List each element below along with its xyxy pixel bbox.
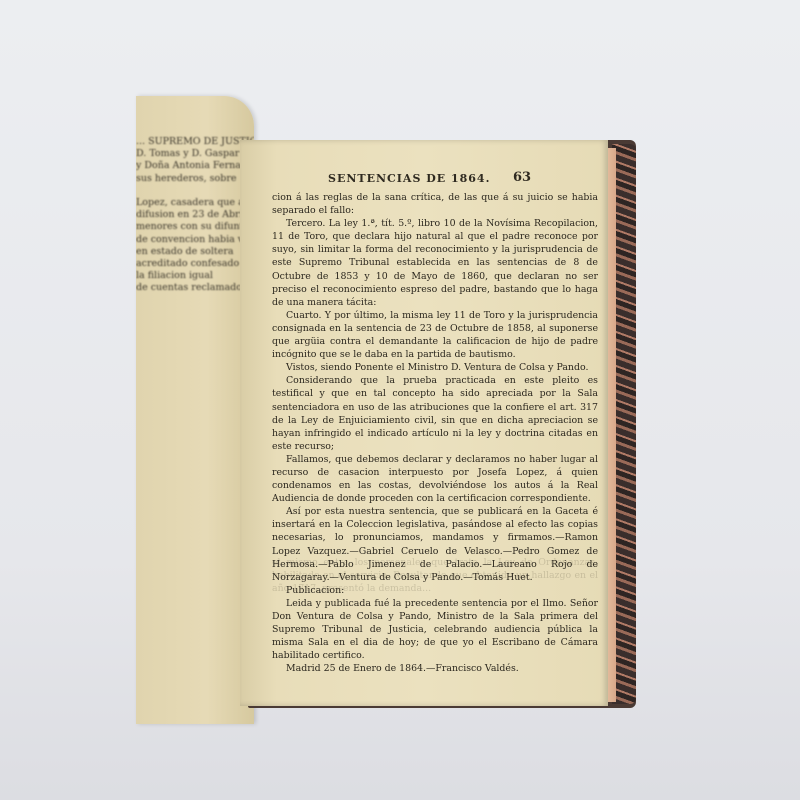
left-line: D. Tomas y D. Gaspar Muñoz [136,148,254,160]
left-line: de convencion habia vivido [136,234,254,246]
page-header: SENTENCIAS DE 1864. 63 [258,172,598,186]
show-through-text: el mismo entre los personales que trata … [272,556,598,595]
paragraph: Leida y publicada fué la precedente sent… [272,597,598,662]
left-line [136,185,254,197]
left-line: de cuentas reclamado [136,282,254,294]
left-line: menores con su difunto [136,221,254,233]
left-line: Lopez, casadera que acredita [136,197,254,209]
left-running-head: ... SUPREMO DE JUSTICIA [136,136,254,148]
left-page: ... SUPREMO DE JUSTICIA D. Tomas y D. Ga… [136,96,254,724]
paragraph: Considerando que la prueba practicada en… [272,374,598,453]
left-page-text: ... SUPREMO DE JUSTICIA D. Tomas y D. Ga… [136,136,254,295]
paragraph: Cuarto. Y por último, la misma ley 11 de… [272,309,598,361]
left-line: sus herederos, sobre [136,173,254,185]
page-body: cion á las reglas de la sana crítica, de… [272,191,598,675]
page-number: 63 [513,170,531,185]
paragraph: Fallamos, que debemos declarar y declara… [272,453,598,505]
left-line: acreditado confesado [136,258,254,270]
left-line: la filiacion igual [136,270,254,282]
left-line: y Doña Antonia Fernandez [136,160,254,172]
paragraph: Vistos, siendo Ponente el Ministro D. Ve… [272,361,598,374]
running-head: SENTENCIAS DE 1864. [328,172,490,185]
paragraph: cion á las reglas de la sana crítica, de… [272,191,598,217]
paragraph: Madrid 25 de Enero de 1864.—Francisco Va… [272,662,598,675]
left-line: difusion en 23 de Abril de 18 [136,209,254,221]
left-line: en estado de soltera [136,246,254,258]
paragraph: Tercero. La ley 1.ª, tít. 5.º, libro 10 … [272,217,598,309]
